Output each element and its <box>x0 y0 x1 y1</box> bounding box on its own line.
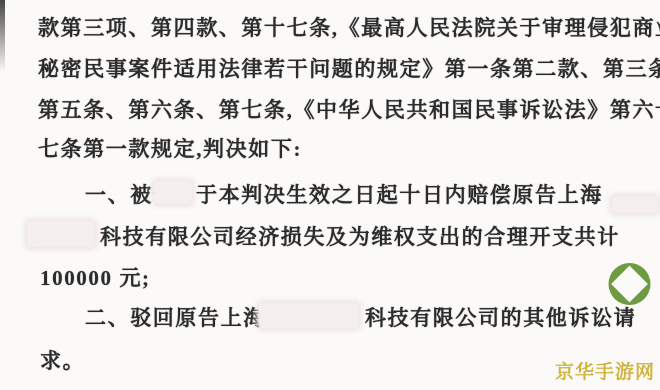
judgment-document-page: 款第三项、第四款、第十七条,《最高人民法院关于审理侵犯商业 秘密民事案件适用法律… <box>0 0 660 390</box>
item2-prefix-reject: 二、驳回原告上海 <box>85 302 266 332</box>
page-edge-shadow <box>0 0 5 72</box>
item2-other-claims-text: 科技有限公司的其他诉讼请 <box>365 302 636 332</box>
redaction-plaintiff-name-item2 <box>259 303 359 328</box>
judgment-text-line-2: 秘密民事案件适用法律若干问题的规定》第一条第二款、第三条、 <box>38 53 660 83</box>
redaction-plaintiff-name-tail <box>612 196 658 213</box>
judgment-text-line-4: 七条第一款规定,判决如下: <box>38 133 302 163</box>
item1-company-expenses-text: 科技有限公司经济损失及为维权支出的合理开支共计 <box>100 221 620 251</box>
judgment-text-line-1: 款第三项、第四款、第十七条,《最高人民法院关于审理侵犯商业 <box>38 12 660 42</box>
redaction-plaintiff-name-head <box>27 221 95 247</box>
item2-trailing-text: 求。 <box>40 345 85 375</box>
judgment-text-line-3: 第五条、第六条、第七条,《中华人民共和国民事诉讼法》第六十 <box>38 94 660 124</box>
redaction-defendant-name <box>154 181 192 204</box>
item1-compensation-text: 于本判决生效之日起十日内赔偿原告上海 <box>196 179 603 209</box>
item1-amount-text: 100000 元; <box>40 262 151 292</box>
site-watermark: 京华手游网 <box>555 357 655 384</box>
green-coin-logo-icon <box>607 261 652 307</box>
